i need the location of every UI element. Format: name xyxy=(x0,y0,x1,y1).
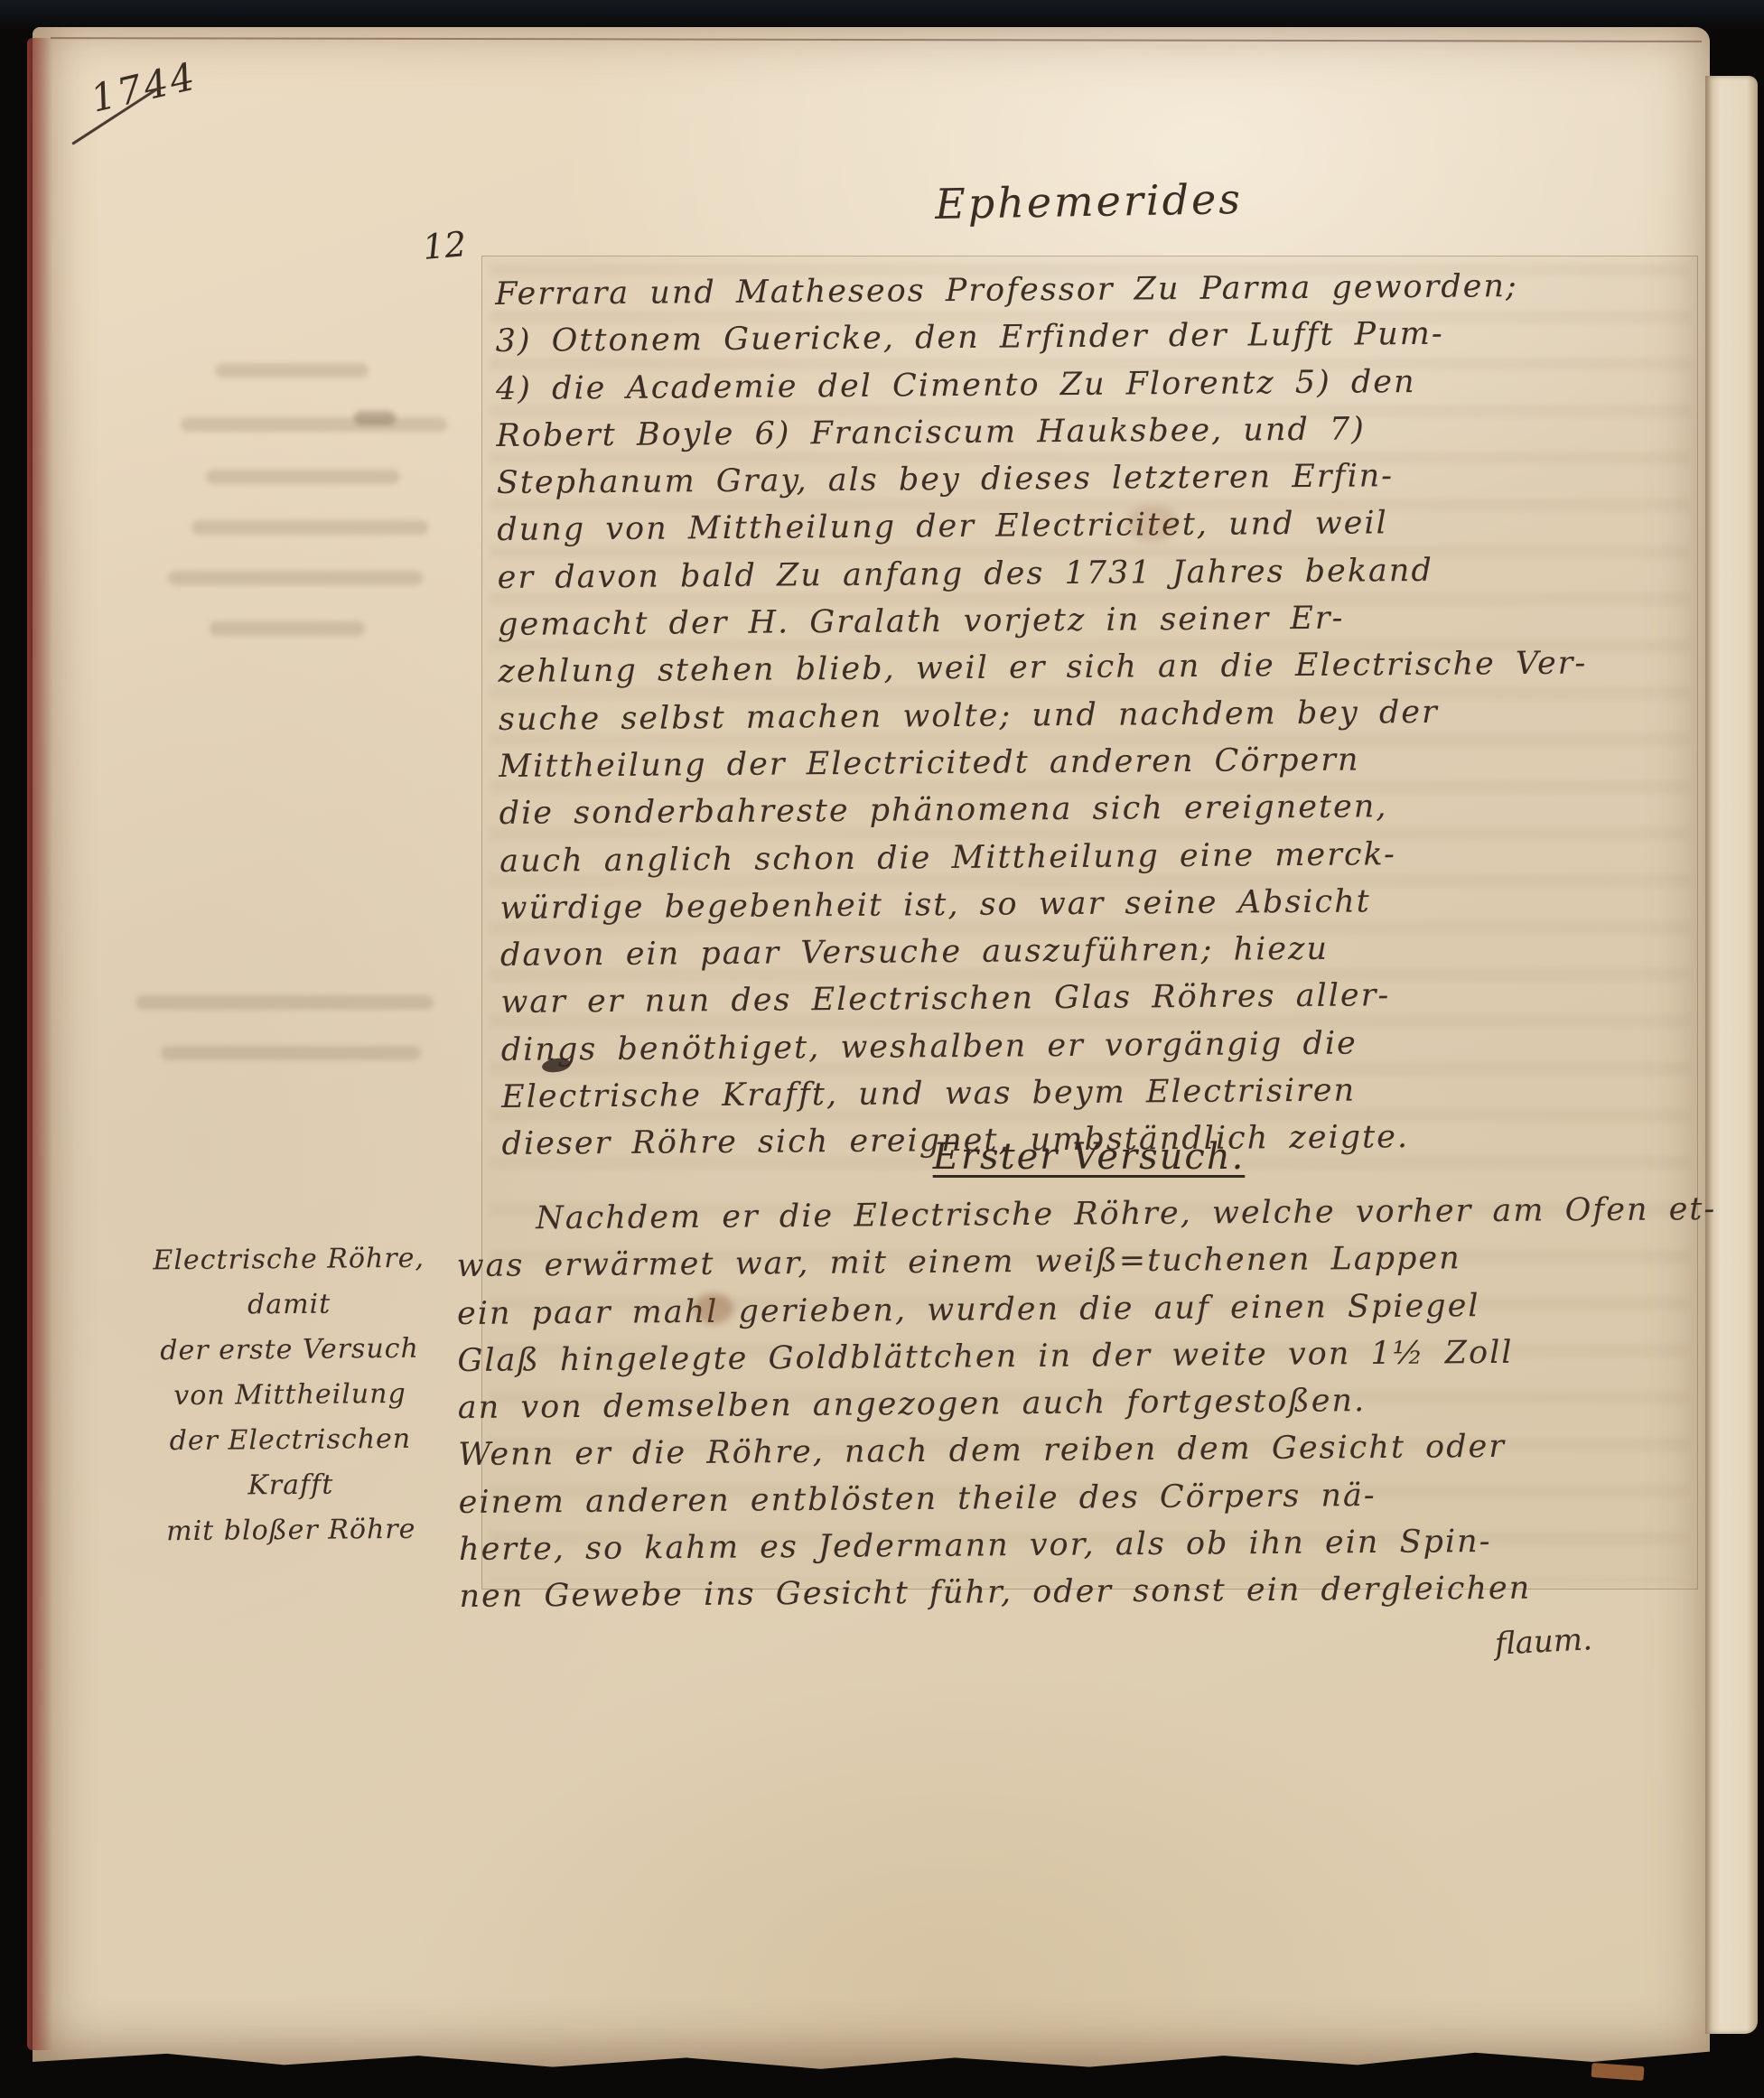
bleedthrough-mark xyxy=(135,995,434,1010)
underlying-page-corner xyxy=(1591,2063,1645,2081)
bleedthrough-mark xyxy=(210,621,365,636)
manuscript-line: auch anglich schon die Mittheilung eine … xyxy=(499,829,1589,885)
manuscript-line: Robert Boyle 6) Franciscum Hauksbee, und… xyxy=(496,404,1585,460)
manuscript-line: Electrische Krafft, und was beym Electri… xyxy=(501,1066,1591,1122)
manuscript-line: gemacht der H. Gralath vorjetz in seiner… xyxy=(498,593,1587,649)
bleedthrough-mark xyxy=(181,417,447,432)
manuscript-line: suche selbst machen wolte; und nachdem b… xyxy=(499,687,1588,743)
manuscript-line: dings benöthiget, weshalben er vorgängig… xyxy=(501,1018,1591,1074)
margin-note-line: Krafft xyxy=(126,1461,456,1509)
scan-top-band xyxy=(0,0,1764,31)
paper-stain xyxy=(1125,506,1180,542)
manuscript-line: nen Gewebe ins Gesicht führ, oder sonst … xyxy=(459,1563,1719,1620)
manuscript-line: Stephanum Gray, als bey dieses letzteren… xyxy=(497,452,1586,508)
manuscript-line: die sonderbahreste phänomena sich ereign… xyxy=(499,782,1589,838)
page-number: 12 xyxy=(421,224,468,267)
manuscript-line: 4) die Academie del Cimento Zu Florentz … xyxy=(496,357,1585,413)
margin-note-line: Electrische Röhre, xyxy=(123,1235,453,1283)
manuscript-line: davon ein paar Versuche auszuführen; hie… xyxy=(500,924,1590,980)
section-heading: Erster Versuch. xyxy=(481,1136,1696,1178)
paragraph-2: Nachdem er die Electrische Röhre, welche… xyxy=(456,1186,1720,1621)
bleedthrough-mark xyxy=(354,411,396,425)
paragraph-1: Ferrara und Matheseos Professor Zu Parma… xyxy=(495,263,1591,1169)
manuscript-line: Mittheilung der Electricitedt anderen Cö… xyxy=(499,734,1588,790)
bleedthrough-mark xyxy=(206,470,400,484)
manuscript-line: Ferrara und Matheseos Professor Zu Parma… xyxy=(495,263,1584,319)
margin-note: Electrische Röhre, damit der erste Versu… xyxy=(123,1235,456,1554)
paper-stain xyxy=(694,1293,733,1324)
bleedthrough-mark xyxy=(215,363,369,378)
bleedthrough-mark xyxy=(168,571,423,585)
underlying-page-edge xyxy=(1705,76,1758,2034)
margin-note-line: mit bloßer Röhre xyxy=(126,1506,456,1554)
catchword: flaum. xyxy=(1494,1621,1593,1663)
manuscript-line: er davon bald Zu anfang des 1731 Jahres … xyxy=(497,545,1586,601)
manuscript-line: würdige begebenheit ist, so war seine Ab… xyxy=(499,876,1589,932)
red-stained-fore-edge xyxy=(27,38,52,2050)
manuscript-line: 3) Ottonem Guericke, den Erfinder der Lu… xyxy=(495,310,1584,366)
manuscript-line: war er nun des Electrischen Glas Röhres … xyxy=(500,971,1590,1027)
manuscript-scan: 1744 12 Ephemerides Ferrara und Matheseo… xyxy=(0,0,1764,2098)
margin-note-line: der erste Versuch xyxy=(124,1326,454,1374)
bleedthrough-mark xyxy=(191,520,428,535)
margin-note-line: von Mittheilung xyxy=(125,1371,455,1419)
margin-note-line: der Electrischen xyxy=(125,1416,455,1464)
bleedthrough-mark xyxy=(161,1046,421,1060)
section-heading-text: Erster Versuch. xyxy=(933,1136,1246,1178)
margin-note-line: damit xyxy=(124,1281,454,1329)
manuscript-line: zehlung stehen blieb, weil er sich an di… xyxy=(498,640,1587,696)
manuscript-line: dung von Mittheilung der Electricitet, u… xyxy=(497,499,1586,555)
